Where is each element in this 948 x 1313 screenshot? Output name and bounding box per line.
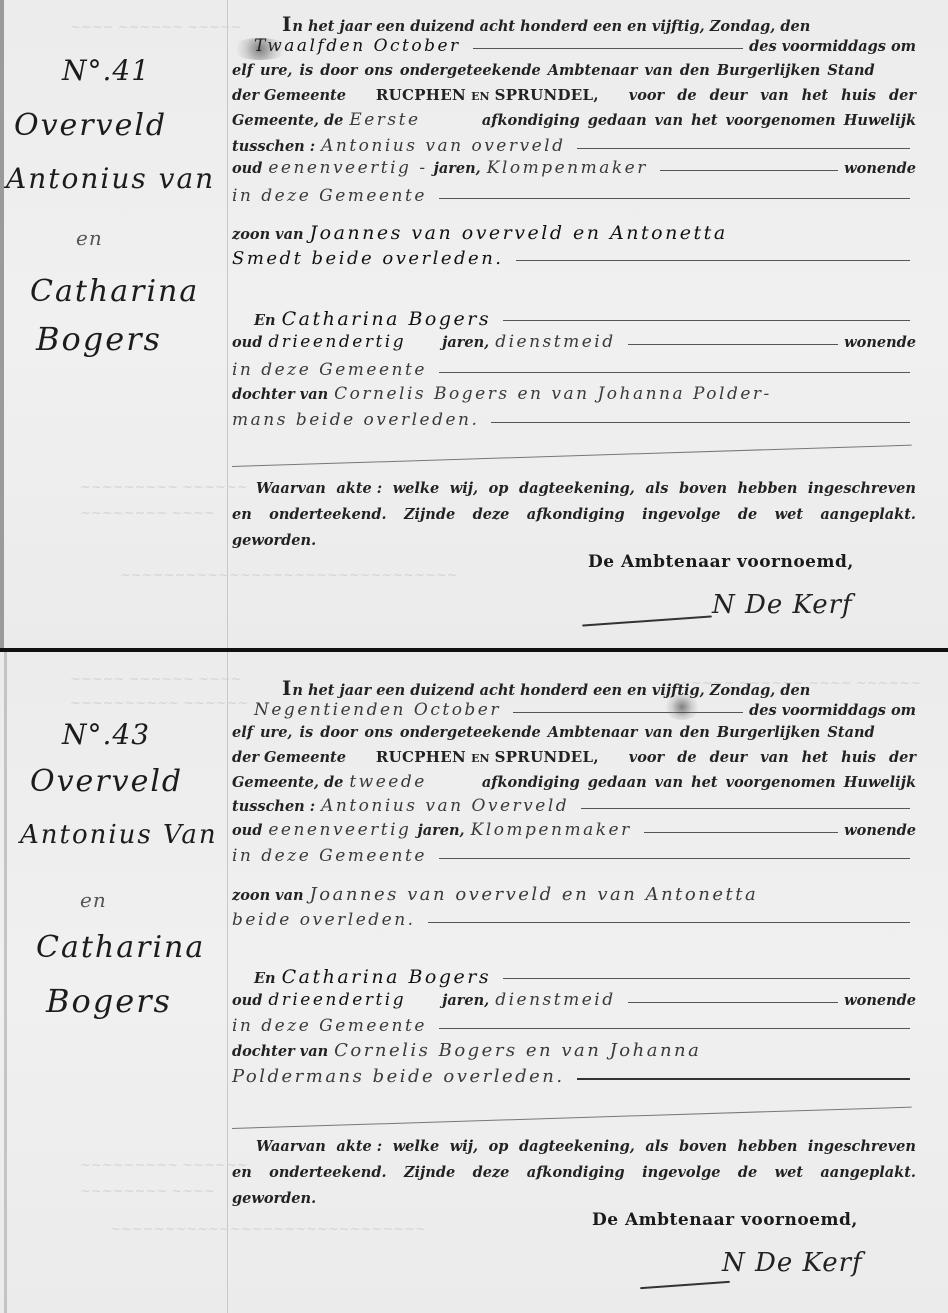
form-line-bride-parents: dochter van Cornelis Bogers en van Johan…: [232, 384, 916, 409]
printed-text: jaren,: [442, 992, 489, 1009]
printed-text: wonende: [844, 334, 916, 351]
fill-rule: [628, 344, 839, 345]
fill-groom-age: eenenveertig: [268, 820, 411, 840]
printed-text: des voormiddags om: [749, 702, 916, 719]
closing-word: op: [489, 1134, 509, 1160]
form-line-bride: En Catharina Bogers: [232, 308, 916, 333]
form-line-groom-age: oud eenenveertig jaren, Klompenmaker won…: [232, 820, 916, 845]
fill-groom-name: Antonius van overveld: [321, 136, 565, 156]
fill-groom-parents-cont: beide overleden.: [232, 910, 416, 930]
printed-text: oud: [232, 160, 262, 177]
place-conjunction: EN: [471, 752, 489, 765]
closing-line-2: en onderteekend. Zijnde deze afkondiging…: [232, 502, 916, 528]
form-line-bride-parents-cont: mans beide overleden.: [232, 410, 916, 435]
fill-bride-residence: in deze Gemeente: [232, 360, 427, 380]
fill-bride-parents: Cornelis Bogers en van Johanna Polder-: [334, 384, 772, 404]
signature-flourish: [582, 615, 712, 626]
closing-word: op: [489, 476, 509, 502]
closing-word: wij,: [450, 1134, 478, 1160]
printed-text: des voormiddags om: [749, 38, 916, 55]
fill-rule: [644, 832, 838, 833]
closing-statement: Waarvan akte : welke wij, op dagteekenin…: [232, 1134, 916, 1212]
bleed-through-text: ~~~~~~~~~~~~~~~~~~~~~~~~~~~~~: [110, 1222, 426, 1237]
fill-rule: [503, 320, 910, 321]
closing-word: ingeschreven: [808, 476, 916, 502]
fill-rule: [577, 1078, 910, 1080]
closing-word: boven: [679, 1134, 727, 1160]
closing-word: Zijnde: [404, 502, 455, 528]
printed-text: jaren,: [434, 160, 481, 177]
form-line-bride-age: oud drieendertig jaren, dienstmeid wonen…: [232, 332, 916, 357]
closing-word: en: [232, 502, 252, 528]
margin-surname: Overveld: [14, 108, 167, 143]
closing-word: afkondiging: [527, 502, 625, 528]
closing-line-1: Waarvan akte : welke wij, op dagteekenin…: [232, 476, 916, 502]
form-line-municipality: der Gemeente RUCPHEN EN SPRUNDEL, voor d…: [232, 86, 916, 111]
margin-groom-given-name: Antonius Van: [20, 820, 218, 850]
fill-groom-parents: Joannes van overveld en van Antonetta: [310, 884, 759, 905]
banns-record-43: ~~~~~ ~~~~~~ ~~~~ ~~~~~~~~~~ ~~~~~~ ~~~~…: [0, 652, 948, 1313]
closing-word: Waarvan: [256, 476, 326, 502]
fill-rule: [581, 808, 910, 809]
closing-word: akte :: [336, 1134, 382, 1160]
official-signature: N De Kerf: [722, 1248, 863, 1278]
form-line-groom-residence: in deze Gemeente: [232, 186, 916, 211]
bleed-through-text: ~~~~~~~~~~ ~~~~~~: [70, 696, 248, 711]
place-name-sprundel: SPRUNDEL,: [495, 748, 599, 766]
ink-smudge: [664, 694, 700, 720]
form-line-1: In het jaar een duizend acht honderd een…: [282, 676, 916, 701]
fill-bride-occupation: dienstmeid: [495, 332, 615, 352]
printed-text: dochter van: [232, 1043, 328, 1060]
printed-text: jaren,: [442, 334, 489, 351]
closing-word: ingevolge: [642, 1160, 720, 1186]
fill-rule: [491, 422, 910, 423]
initial-letter: I: [282, 12, 291, 36]
closing-word: Zijnde: [404, 1160, 455, 1186]
fill-rule: [628, 1002, 839, 1003]
signature-flourish: [640, 1281, 730, 1289]
closing-line-1: Waarvan akte : welke wij, op dagteekenin…: [232, 1134, 916, 1160]
form-line-1-text: n het jaar een duizend acht honderd een …: [292, 18, 810, 35]
closing-word: hebben: [738, 1134, 798, 1160]
closing-word: dagteekening,: [519, 476, 635, 502]
form-line-groom-residence: in deze Gemeente: [232, 846, 916, 871]
initial-letter: I: [282, 676, 291, 700]
printed-text: oud: [232, 992, 262, 1009]
fill-groom-name: Antonius van Overveld: [321, 796, 569, 816]
closing-word: als: [645, 476, 668, 502]
fill-bride-residence: in deze Gemeente: [232, 1016, 427, 1036]
fill-announcement-ordinal: Eerste: [349, 110, 420, 130]
form-line-bride-residence: in deze Gemeente: [232, 1016, 916, 1041]
record-number: N°.43: [62, 718, 150, 751]
margin-bride-given-name: Catharina: [36, 930, 205, 965]
fill-groom-occupation: Klompenmaker: [487, 158, 648, 178]
printed-text: En: [254, 970, 276, 987]
printed-text: afkondiging gedaan van het voorgenomen H…: [482, 112, 916, 129]
form-line-1: In het jaar een duizend acht honderd een…: [282, 12, 916, 37]
printed-text: oud: [232, 334, 262, 351]
form-line-announcement: Gemeente, de tweede afkondiging gedaan v…: [232, 772, 916, 797]
printed-text: oud: [232, 822, 262, 839]
fill-bride-name: Catharina Bogers: [282, 308, 491, 330]
closing-word: deze: [473, 1160, 510, 1186]
margin-bride-given-name: Catharina: [30, 274, 199, 309]
form-line-groom-parents: zoon van Joannes van overveld en Antonet…: [232, 222, 916, 247]
fill-rule: [439, 858, 910, 859]
fill-date: Negentienden October: [254, 700, 501, 720]
printed-text: voor de deur van het huis der: [629, 87, 916, 104]
form-line-municipality: der Gemeente RUCPHEN EN SPRUNDEL, voor d…: [232, 748, 916, 773]
fill-groom-residence: in deze Gemeente: [232, 846, 427, 866]
printed-text: En: [254, 312, 276, 329]
margin-bride-surname: Bogers: [36, 320, 162, 358]
closing-word: onderteekend.: [269, 1160, 386, 1186]
fill-rule: [577, 148, 910, 149]
fill-bride-age: drieendertig: [268, 990, 406, 1010]
form-line-bride-residence: in deze Gemeente: [232, 360, 916, 385]
form-line-date: Negentienden October des voormiddags om: [232, 700, 916, 725]
record-number: N°.41: [62, 54, 150, 87]
closing-word: akte :: [336, 476, 382, 502]
closing-word: onderteekend.: [269, 502, 386, 528]
printed-text: jaren,: [417, 822, 464, 839]
closing-statement: Waarvan akte : welke wij, op dagteekenin…: [232, 476, 916, 554]
fill-groom-residence: in deze Gemeente: [232, 186, 427, 206]
place-name-rucphen: RUCPHEN: [376, 86, 466, 104]
form-line-bride-age: oud drieendertig jaren, dienstmeid wonen…: [232, 990, 916, 1015]
closing-rule: [232, 1107, 912, 1129]
form-line-3: elf ure, is door ons ondergeteekende Amb…: [232, 62, 916, 87]
closing-word: ingevolge: [642, 502, 720, 528]
closing-word: de: [738, 1160, 757, 1186]
bleed-through-text: ~~~~~ ~~~~~~ ~~~~: [70, 672, 242, 687]
form-line-3: elf ure, is door ons ondergeteekende Amb…: [232, 724, 916, 749]
closing-word: hebben: [738, 476, 798, 502]
form-line-groom-parents: zoon van Joannes van overveld en van Ant…: [232, 884, 916, 909]
closing-word: wet: [775, 1160, 803, 1186]
fill-groom-parents: Joannes van overveld en Antonetta: [310, 222, 728, 244]
printed-text: der Gemeente: [232, 87, 346, 104]
closing-word: afkondiging: [527, 1160, 625, 1186]
form-line-3-text: elf ure, is door ons ondergeteekende Amb…: [232, 724, 875, 741]
form-line-3-text: elf ure, is door ons ondergeteekende Amb…: [232, 62, 875, 79]
banns-record-41: ~~~~ ~~~~~~ ~~~~~ ~~~~~~~~~ ~~~~~~ ~~~~~…: [0, 0, 948, 648]
form-line-bride: En Catharina Bogers: [232, 966, 916, 991]
closing-word: boven: [679, 476, 727, 502]
margin-conjunction: en: [80, 888, 107, 912]
printed-text: wonende: [844, 160, 916, 177]
form-line-bride-parents-cont: Poldermans beide overleden.: [232, 1066, 916, 1091]
closing-word: als: [645, 1134, 668, 1160]
closing-line-2: en onderteekend. Zijnde deze afkondiging…: [232, 1160, 916, 1186]
closing-word: welke: [393, 1134, 440, 1160]
printed-text: dochter van: [232, 386, 328, 403]
official-title: De Ambtenaar voornoemd,: [592, 1210, 858, 1230]
ink-smudge: [230, 38, 290, 60]
margin-surname: Overveld: [30, 764, 183, 799]
fill-rule: [503, 978, 910, 979]
fill-rule: [513, 712, 743, 713]
fill-bride-occupation: dienstmeid: [495, 990, 615, 1010]
margin-rule: [227, 652, 228, 1313]
form-line-announcement: Gemeente, de Eerste afkondiging gedaan v…: [232, 110, 916, 135]
bleed-through-text: ~~~~ ~~~~~~ ~~~~~: [70, 20, 242, 35]
closing-word: Waarvan: [256, 1134, 326, 1160]
printed-text: tusschen :: [232, 798, 315, 815]
scan-edge: [4, 652, 7, 1313]
printed-text: tusschen :: [232, 138, 315, 155]
fill-rule: [439, 372, 910, 373]
form-line-bride-parents: dochter van Cornelis Bogers en van Johan…: [232, 1040, 916, 1065]
form-line-groom-parents-cont: beide overleden.: [232, 910, 916, 935]
margin-conjunction: en: [76, 226, 103, 250]
place-name-sprundel: SPRUNDEL,: [495, 86, 599, 104]
fill-rule: [473, 48, 743, 49]
closing-word: aangeplakt.: [820, 502, 916, 528]
form-line-date: Twaalfden October des voormiddags om: [232, 36, 916, 61]
closing-word: de: [738, 502, 757, 528]
form-line-groom-age: oud eenenveertig - jaren, Klompenmaker w…: [232, 158, 916, 183]
closing-rule: [232, 445, 912, 467]
official-title: De Ambtenaar voornoemd,: [588, 552, 854, 572]
closing-word: wij,: [450, 476, 478, 502]
printed-text: wonende: [844, 992, 916, 1009]
printed-text: afkondiging gedaan van het voorgenomen H…: [482, 774, 916, 791]
closing-word: en: [232, 1160, 252, 1186]
fill-rule: [439, 1028, 910, 1029]
official-signature: N De Kerf: [712, 590, 853, 620]
fill-groom-age: eenenveertig -: [268, 158, 427, 178]
scan-edge: [0, 0, 4, 648]
place-conjunction: EN: [471, 90, 489, 103]
fill-bride-parents: Cornelis Bogers en van Johanna: [334, 1040, 701, 1061]
fill-rule: [660, 170, 838, 171]
bleed-through-text: ~~~~~~~~ ~~~~: [80, 506, 215, 521]
printed-text: der Gemeente: [232, 749, 346, 766]
closing-word: welke: [393, 476, 440, 502]
fill-bride-age: drieendertig: [268, 332, 406, 352]
form-line-groom-parents-cont: Smedt beide overleden.: [232, 248, 916, 273]
bleed-through-text: ~~~~~~~~~~~~~~~~~~~~~~~~~~~~~~~: [120, 568, 458, 583]
closing-word: wet: [775, 502, 803, 528]
printed-text: voor de deur van het huis der: [629, 749, 916, 766]
fill-announcement-ordinal: tweede: [349, 772, 426, 792]
margin-bride-surname: Bogers: [46, 982, 172, 1020]
fill-rule: [428, 922, 910, 923]
fill-bride-parents-cont: mans beide overleden.: [232, 410, 479, 430]
printed-text: zoon van: [232, 226, 304, 243]
fill-bride-name: Catharina Bogers: [282, 966, 491, 988]
fill-bride-parents-cont: Poldermans beide overleden.: [232, 1066, 565, 1087]
closing-line-3: geworden.: [232, 1186, 916, 1212]
margin-groom-given-name: Antonius van: [6, 162, 215, 195]
bleed-through-text: ~~~~~~~~~ ~~~~~~: [80, 1158, 248, 1173]
printed-text: zoon van: [232, 887, 304, 904]
closing-line-3: geworden.: [232, 528, 916, 554]
printed-text: wonende: [844, 822, 916, 839]
printed-text: Gemeente, de: [232, 112, 343, 129]
form-line-groom: tusschen : Antonius van Overveld: [232, 796, 916, 821]
bleed-through-text: ~~~~~~~~~ ~~~~~~: [80, 480, 248, 495]
form-line-1-text: n het jaar een duizend acht honderd een …: [292, 682, 810, 699]
printed-text: Gemeente, de: [232, 774, 343, 791]
fill-rule: [439, 198, 910, 199]
fill-groom-occupation: Klompenmaker: [471, 820, 632, 840]
closing-word: ingeschreven: [808, 1134, 916, 1160]
fill-rule: [516, 260, 910, 261]
closing-word: dagteekening,: [519, 1134, 635, 1160]
place-name-rucphen: RUCPHEN: [376, 748, 466, 766]
margin-rule: [227, 0, 228, 648]
closing-word: deze: [473, 502, 510, 528]
bleed-through-text: ~~~~~~~~ ~~~~: [80, 1184, 215, 1199]
closing-word: aangeplakt.: [820, 1160, 916, 1186]
fill-groom-parents-cont: Smedt beide overleden.: [232, 248, 504, 269]
